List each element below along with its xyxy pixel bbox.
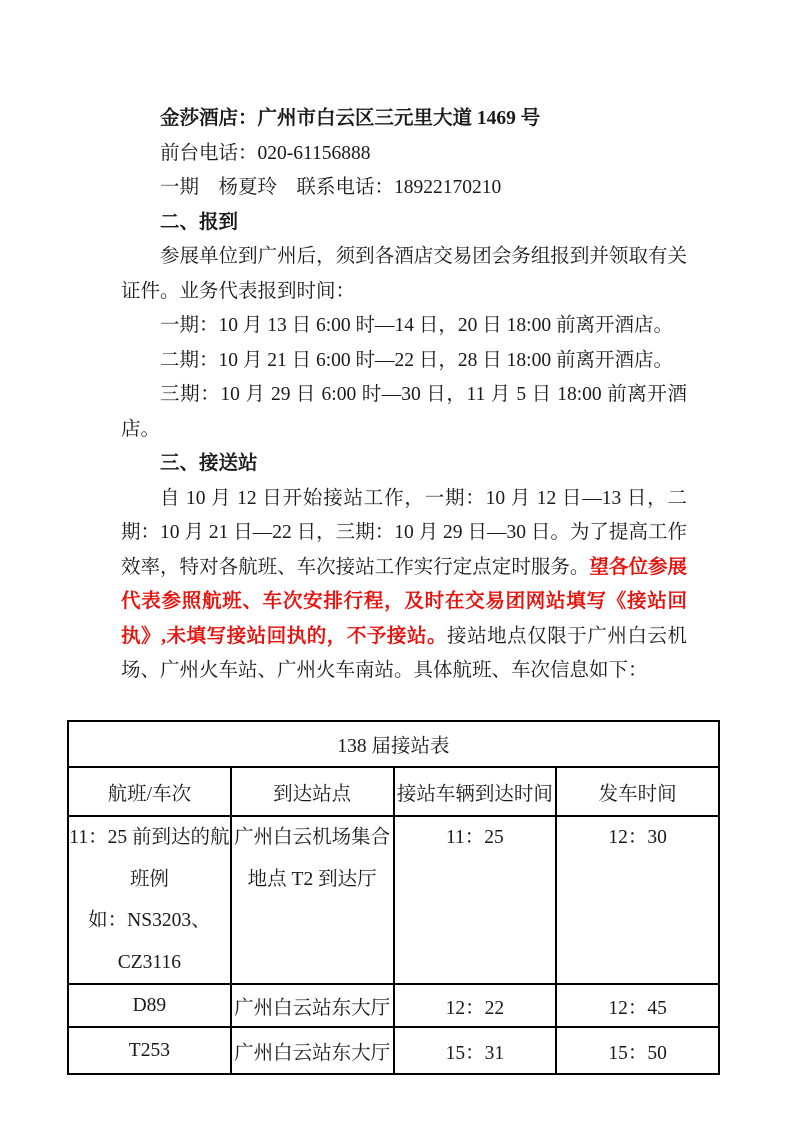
table-row: T253 广州白云站东大厅 15：31 15：50 [68,1027,719,1074]
section-check-in-heading: 二、报到 [121,206,687,241]
cell-station-line1: 广州白云机场集合 [232,817,393,859]
cell-pickup-arrival: 12：22 [394,984,557,1027]
cell-station-line2: 地点 T2 到达厅 [232,859,393,901]
table-title-row: 138 届接站表 [68,721,719,767]
check-in-period-2: 二期：10 月 21 日 6:00 时—22 日，28 日 18:00 前离开酒… [121,344,687,379]
table-title: 138 届接站表 [68,721,719,767]
cell-pickup-arrival: 11：25 [394,816,557,984]
document-body: 金莎酒店：广州市白云区三元里大道 1469 号 前台电话：020-6115688… [121,102,687,689]
cell-departure-value: 12：30 [557,817,718,859]
header-flight-train: 航班/车次 [68,767,231,816]
cell-pickup-arrival-value: 11：25 [395,817,556,859]
cell-flight-line1: 11：25 前到达的航班例 [69,817,230,900]
table-row: 11：25 前到达的航班例 如：NS3203、CZ3116 广州白云机场集合 地… [68,816,719,984]
check-in-period-1: 一期：10 月 13 日 6:00 时—14 日，20 日 18:00 前离开酒… [121,309,687,344]
pickup-schedule-table: 138 届接站表 航班/车次 到达站点 接站车辆到达时间 发车时间 11：25 … [67,720,720,1075]
document-page: 金莎酒店：广州市白云区三元里大道 1469 号 前台电话：020-6115688… [0,0,793,1122]
front-desk-phone-line: 前台电话：020-61156888 [121,137,687,172]
cell-flight: T253 [68,1027,231,1074]
table-row: D89 广州白云站东大厅 12：22 12：45 [68,984,719,1027]
cell-flight-line2: 如：NS3203、CZ3116 [69,900,230,983]
cell-departure: 12：45 [556,984,719,1027]
header-arrival-station: 到达站点 [231,767,394,816]
section-pickup-heading: 三、接送站 [121,447,687,482]
cell-flight: D89 [68,984,231,1027]
pickup-paragraph: 自 10 月 12 日开始接站工作，一期：10 月 12 日—13 日，二期：1… [121,482,687,689]
hotel-address-line: 金莎酒店：广州市白云区三元里大道 1469 号 [121,102,687,137]
contact-person-line: 一期 杨夏玲 联系电话：18922170210 [121,171,687,206]
cell-pickup-arrival: 15：31 [394,1027,557,1074]
check-in-period-3: 三期：10 月 29 日 6:00 时—30 日，11 月 5 日 18:00 … [121,378,687,447]
header-departure-time: 发车时间 [556,767,719,816]
cell-station: 广州白云站东大厅 [231,1027,394,1074]
cell-departure: 12：30 [556,816,719,984]
cell-station: 广州白云站东大厅 [231,984,394,1027]
header-vehicle-arrival-time: 接站车辆到达时间 [394,767,557,816]
table-header-row: 航班/车次 到达站点 接站车辆到达时间 发车时间 [68,767,719,816]
cell-station: 广州白云机场集合 地点 T2 到达厅 [231,816,394,984]
check-in-paragraph: 参展单位到广州后，须到各酒店交易团会务组报到并领取有关证件。业务代表报到时间： [121,240,687,309]
cell-departure: 15：50 [556,1027,719,1074]
cell-flight: 11：25 前到达的航班例 如：NS3203、CZ3116 [68,816,231,984]
